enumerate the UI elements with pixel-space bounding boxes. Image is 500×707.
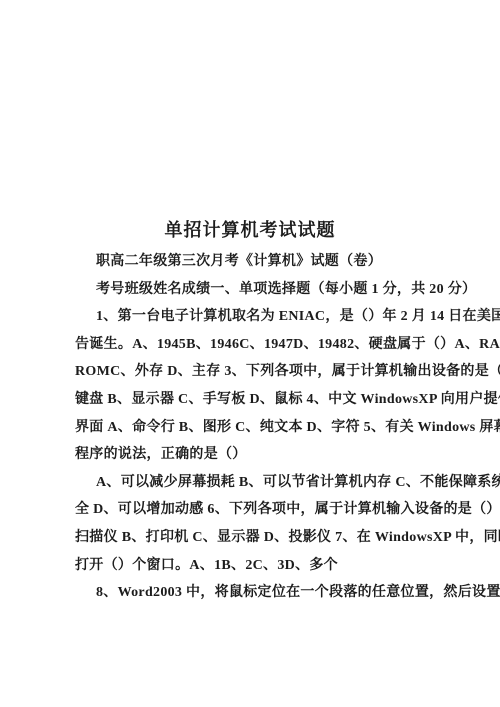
text-line: 8、Word2003 中，将鼠标定位在一个段落的任意位置，然后设置字 bbox=[75, 579, 480, 607]
text-line: 程序的说法，正确的是（） bbox=[75, 441, 480, 469]
text-line: 界面 A、命令行 B、图形 C、纯文本 D、字符 5、有关 Windows 屏幕… bbox=[75, 414, 480, 442]
document-title: 单招计算机考试试题 bbox=[0, 0, 500, 241]
text-line: 考号班级姓名成绩一、单项选择题（每小题 1 分，共 20 分） bbox=[75, 276, 480, 304]
document-body: 职高二年级第三次月考《计算机》试题（卷） 考号班级姓名成绩一、单项选择题（每小题… bbox=[0, 248, 500, 607]
text-line: 键盘 B、显示器 C、手写板 D、鼠标 4、中文 WindowsXP 向用户提供… bbox=[75, 386, 480, 414]
text-line: 扫描仪 B、打印机 C、显示器 D、投影仪 7、在 WindowsXP 中，同时… bbox=[75, 524, 480, 552]
text-line: 1、第一台电子计算机取名为 ENIAC，是（）年 2 月 14 日在美国宣 bbox=[75, 303, 480, 331]
text-line: 打开（）个窗口。A、1B、2C、3D、多个 bbox=[75, 552, 480, 580]
text-line: 全 D、可以增加动感 6、下列各项中，属于计算机输入设备的是（）A、 bbox=[75, 496, 480, 524]
text-line: 职高二年级第三次月考《计算机》试题（卷） bbox=[75, 248, 480, 276]
text-line: A、可以减少屏幕损耗 B、可以节省计算机内存 C、不能保障系统安 bbox=[75, 469, 480, 497]
text-line: 告诞生。A、1945B、1946C、1947D、19482、硬盘属于（）A、RA… bbox=[75, 331, 480, 359]
text-line: ROMC、外存 D、主存 3、下列各项中，属于计算机输出设备的是（）A、 bbox=[75, 358, 480, 386]
document-page: 单招计算机考试试题 职高二年级第三次月考《计算机》试题（卷） 考号班级姓名成绩一… bbox=[0, 0, 500, 707]
